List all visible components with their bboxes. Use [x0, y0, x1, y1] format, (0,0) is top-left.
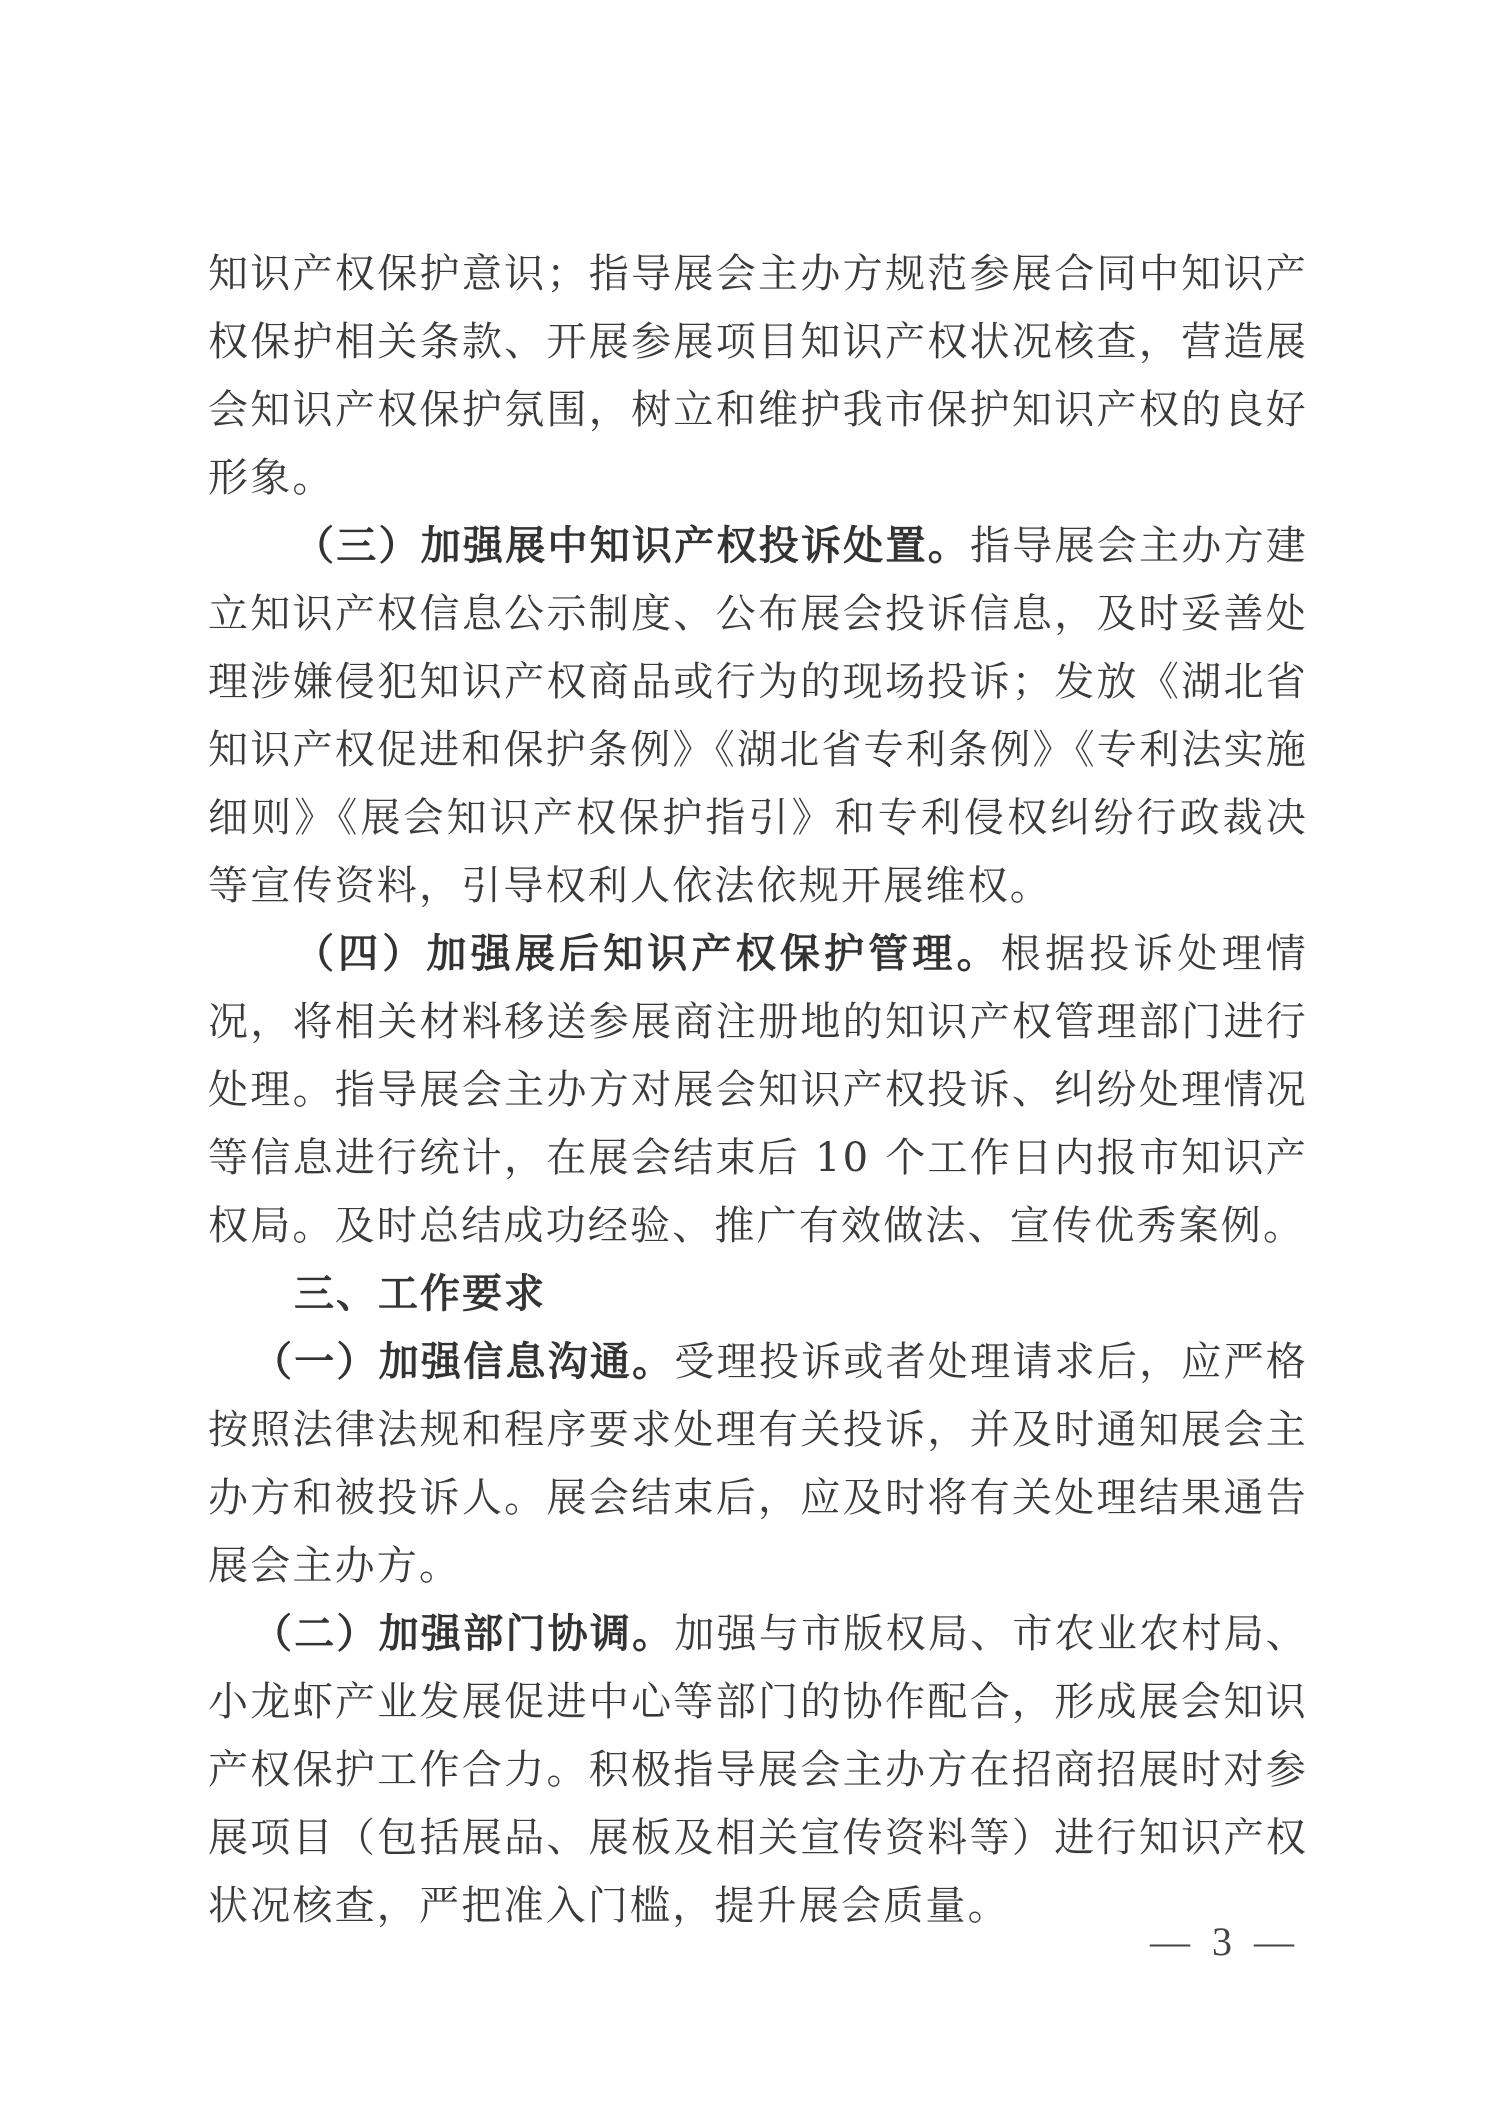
paragraph-lead-heading: （四）加强展后知识产权保护管理。	[294, 930, 1001, 977]
document-page: 知识产权保护意识；指导展会主办方规范参展合同中知识产权保护相关条款、开展参展项目…	[208, 240, 1308, 1940]
paragraph-lead-heading: （二）加强部门协调。	[252, 1610, 674, 1657]
paragraph-lead-heading: （一）加强信息沟通。	[252, 1338, 674, 1385]
paragraph-complaint-handling: （三）加强展中知识产权投诉处置。指导展会主办方建立知识产权信息公示制度、公布展会…	[208, 512, 1308, 920]
paragraph-info-communication: （一）加强信息沟通。受理投诉或者处理请求后，应严格按照法律法规和程序要求处理有关…	[208, 1328, 1308, 1600]
paragraph-lead-heading: （三）加强展中知识产权投诉处置。	[294, 522, 970, 569]
paragraph-post-exhibition: （四）加强展后知识产权保护管理。根据投诉处理情况，将相关材料移送参展商注册地的知…	[208, 920, 1308, 1260]
section-heading-work-requirements: 三、工作要求	[208, 1260, 1308, 1328]
paragraph-continuation: 知识产权保护意识；指导展会主办方规范参展合同中知识产权保护相关条款、开展参展项目…	[208, 240, 1308, 512]
paragraph-text: 根据投诉处理情况，将相关材料移送参展商注册地的知识产权管理部门进行处理。指导展会…	[208, 931, 1308, 1249]
paragraph-text: 指导展会主办方建立知识产权信息公示制度、公布展会投诉信息，及时妥善处理涉嫌侵犯知…	[208, 523, 1308, 909]
page-number: — 3 —	[1150, 1918, 1300, 1965]
paragraph-department-coordination: （二）加强部门协调。加强与市版权局、市农业农村局、小龙虾产业发展促进中心等部门的…	[208, 1600, 1308, 1940]
paragraph-text: 知识产权保护意识；指导展会主办方规范参展合同中知识产权保护相关条款、开展参展项目…	[208, 251, 1308, 501]
paragraph-text: 加强与市版权局、市农业农村局、小龙虾产业发展促进中心等部门的协作配合，形成展会知…	[208, 1611, 1308, 1929]
